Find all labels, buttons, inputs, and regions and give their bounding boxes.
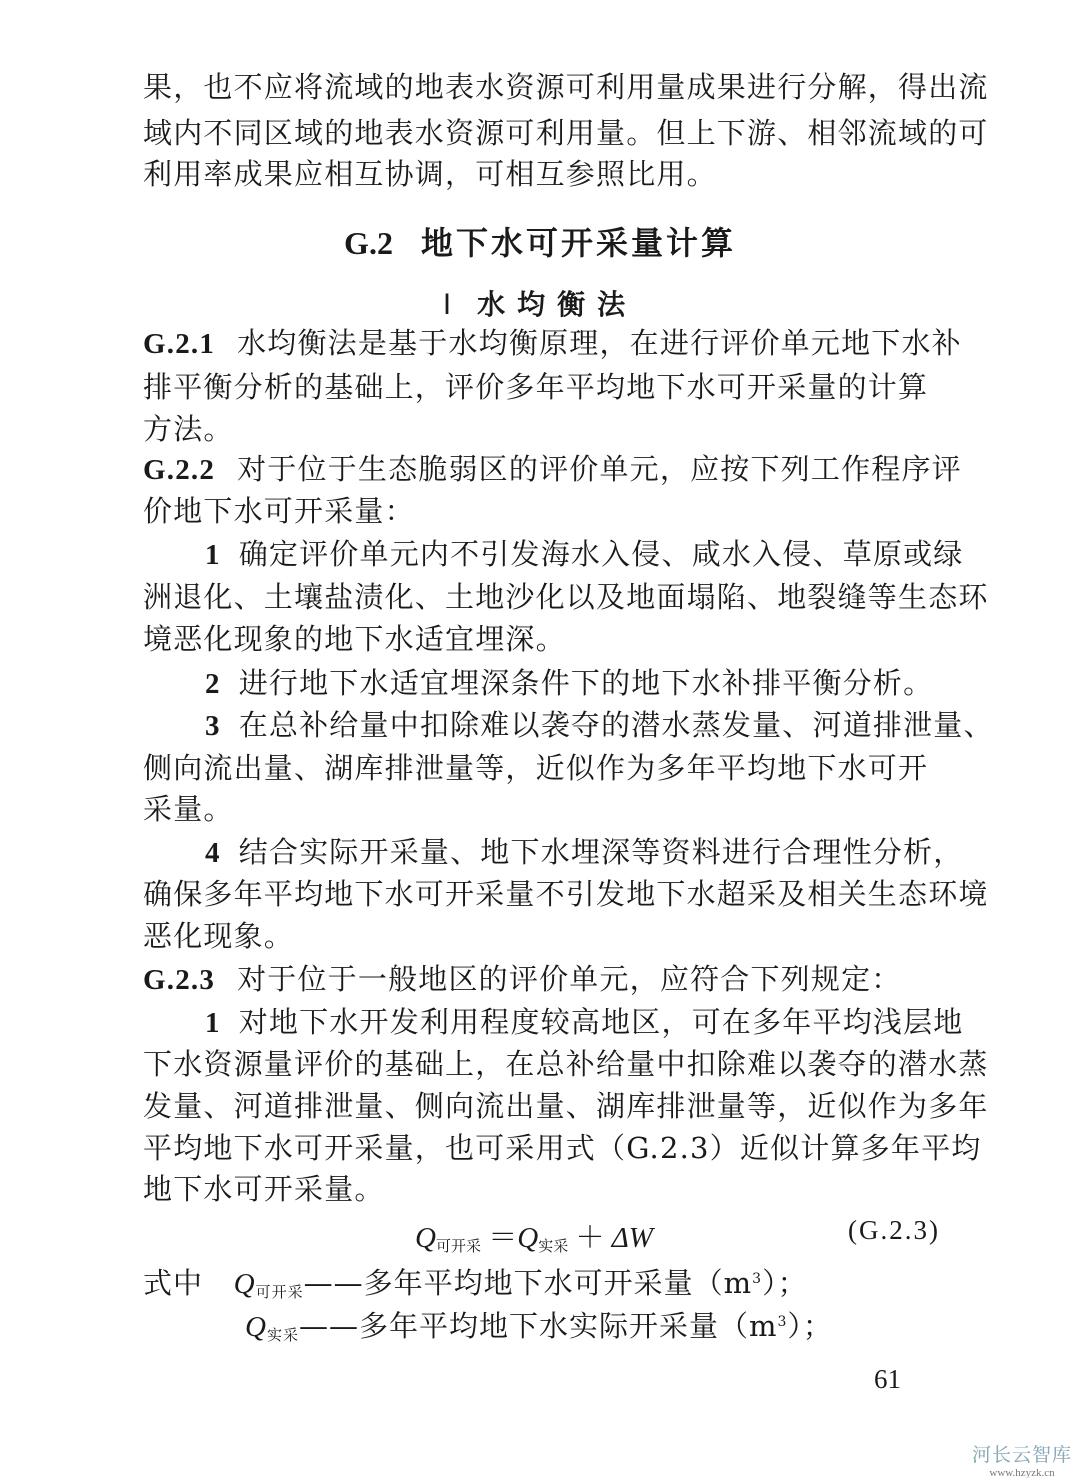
item-number: 1 bbox=[205, 1007, 221, 1039]
item-text: 结合实际开采量、地下水埋深等资料进行合理性分析， bbox=[239, 835, 964, 869]
eq-delta-w: ΔW bbox=[612, 1222, 653, 1254]
equation: Q可开采 ＝Q实采 ＋ ΔW bbox=[415, 1215, 653, 1256]
body-text-line: 洲退化、土壤盐渍化、土地沙化以及地面塌陷、地裂缝等生态环 bbox=[143, 580, 940, 614]
section-title: 地下水可开采量计算 bbox=[421, 224, 736, 262]
body-text-line: 确保多年平均地下水可开采量不引发地下水超采及相关生态环境 bbox=[143, 877, 940, 911]
body-text-line: 侧向流出量、湖库排泄量等，近似作为多年平均地下水可开 bbox=[143, 751, 940, 785]
eq-rhs-sub: 实采 bbox=[538, 1237, 568, 1255]
item-text: 在总补给量中扣除难以袭夺的潜水蒸发量、河道排泄量、 bbox=[239, 708, 994, 742]
item-text: 确定评价单元内不引发海水入侵、咸水入侵、草原或绿 bbox=[239, 537, 964, 571]
clause-text: 对于位于一般地区的评价单元，应符合下列规定： bbox=[237, 962, 901, 996]
def-var: Q bbox=[234, 1268, 256, 1300]
def-desc: ——多年平均地下水实际开采量（m bbox=[299, 1309, 778, 1343]
clause-text: 对于位于生态脆弱区的评价单元，应按下列工作程序评 bbox=[237, 452, 962, 486]
body-text-line: 果，也不应将流域的地表水资源可利用量成果进行分解，得出流 bbox=[143, 70, 940, 104]
eq-equals: ＝ bbox=[488, 1222, 517, 1254]
def-end: ）； bbox=[787, 1309, 833, 1343]
body-text-line: 排平衡分析的基础上，评价多年平均地下水可开采量的计算 bbox=[143, 370, 940, 404]
section-code: G.2 bbox=[344, 225, 393, 261]
list-item-2: 2进行地下水适宜埋深条件下的地下水补排平衡分析。 bbox=[205, 666, 940, 701]
item-number: 4 bbox=[205, 837, 221, 869]
clause-g-2-2: G.2.2对于位于生态脆弱区的评价单元，应按下列工作程序评 bbox=[143, 452, 940, 487]
clause-number: G.2.1 bbox=[143, 328, 215, 360]
clause-g-2-3: G.2.3对于位于一般地区的评价单元，应符合下列规定： bbox=[143, 962, 940, 997]
list-item-1: 1对地下水开发利用程度较高地区，可在多年平均浅层地 bbox=[205, 1005, 940, 1040]
body-text-line: 恶化现象。 bbox=[143, 919, 940, 953]
body-text-line: 采量。 bbox=[143, 792, 940, 826]
definition-2: Q实采——多年平均地下水实际开采量（m3）； bbox=[245, 1305, 833, 1352]
def-desc: ——多年平均地下水可开采量（m bbox=[304, 1266, 753, 1300]
body-text-line: 域内不同区域的地表水资源可利用量。但上下游、相邻流域的可 bbox=[143, 116, 940, 150]
watermark: 河长云智库 www.hzyzk.cn bbox=[972, 1440, 1072, 1478]
watermark-url: www.hzyzk.cn bbox=[972, 1467, 1072, 1478]
item-text: 对地下水开发利用程度较高地区，可在多年平均浅层地 bbox=[239, 1005, 964, 1039]
body-text-line: 平均地下水可开采量，也可采用式（G.2.3）近似计算多年平均 bbox=[143, 1131, 940, 1165]
definition-1: 式中 Q可开采——多年平均地下水可开采量（m3）； bbox=[143, 1262, 808, 1309]
subsection-title: 水均衡法 bbox=[477, 288, 637, 321]
body-text-line: 发量、河道排泄量、侧向流出量、湖库排泄量等，近似作为多年 bbox=[143, 1089, 940, 1123]
item-number: 1 bbox=[205, 539, 221, 571]
section-heading: G.2地下水可开采量计算 bbox=[0, 218, 1080, 264]
list-item-4: 4结合实际开采量、地下水埋深等资料进行合理性分析， bbox=[205, 835, 940, 870]
body-text-line: 价地下水可开采量： bbox=[143, 494, 940, 528]
subsection-roman: Ⅰ bbox=[443, 290, 451, 321]
definitions-prefix: 式中 bbox=[143, 1266, 203, 1300]
def-sup: 3 bbox=[777, 1314, 787, 1330]
equation-number: (G.2.3) bbox=[848, 1215, 940, 1246]
body-text-line: 方法。 bbox=[143, 412, 940, 446]
def-sub: 实采 bbox=[267, 1326, 299, 1344]
body-text-line: 境恶化现象的地下水适宜埋深。 bbox=[143, 622, 940, 656]
def-sub: 可开采 bbox=[256, 1283, 304, 1301]
clause-text: 水均衡法是基于水均衡原理，在进行评价单元地下水补 bbox=[237, 326, 962, 360]
eq-rhs-var: Q bbox=[517, 1222, 538, 1254]
def-var: Q bbox=[245, 1311, 267, 1343]
clause-g-2-1: G.2.1水均衡法是基于水均衡原理，在进行评价单元地下水补 bbox=[143, 326, 940, 361]
page-number: 61 bbox=[874, 1364, 901, 1395]
eq-plus: ＋ bbox=[575, 1222, 604, 1254]
def-end: ）； bbox=[762, 1266, 808, 1300]
clause-number: G.2.2 bbox=[143, 454, 215, 486]
item-number: 2 bbox=[205, 668, 221, 700]
eq-lhs-var: Q bbox=[415, 1222, 436, 1254]
body-text-line: 地下水可开采量。 bbox=[143, 1172, 940, 1206]
list-item-1: 1确定评价单元内不引发海水入侵、咸水入侵、草原或绿 bbox=[205, 537, 940, 572]
def-sup: 3 bbox=[752, 1271, 762, 1287]
eq-lhs-sub: 可开采 bbox=[436, 1237, 481, 1255]
body-text-line: 利用率成果应相互协调，可相互参照比用。 bbox=[143, 157, 940, 191]
item-text: 进行地下水适宜埋深条件下的地下水补排平衡分析。 bbox=[239, 666, 934, 700]
clause-number: G.2.3 bbox=[143, 964, 215, 996]
subsection-heading: Ⅰ水均衡法 bbox=[0, 283, 1080, 323]
watermark-title: 河长云智库 bbox=[972, 1440, 1072, 1467]
item-number: 3 bbox=[205, 710, 221, 742]
body-text-line: 下水资源量评价的基础上，在总补给量中扣除难以袭夺的潜水蒸 bbox=[143, 1047, 940, 1081]
list-item-3: 3在总补给量中扣除难以袭夺的潜水蒸发量、河道排泄量、 bbox=[205, 708, 940, 743]
